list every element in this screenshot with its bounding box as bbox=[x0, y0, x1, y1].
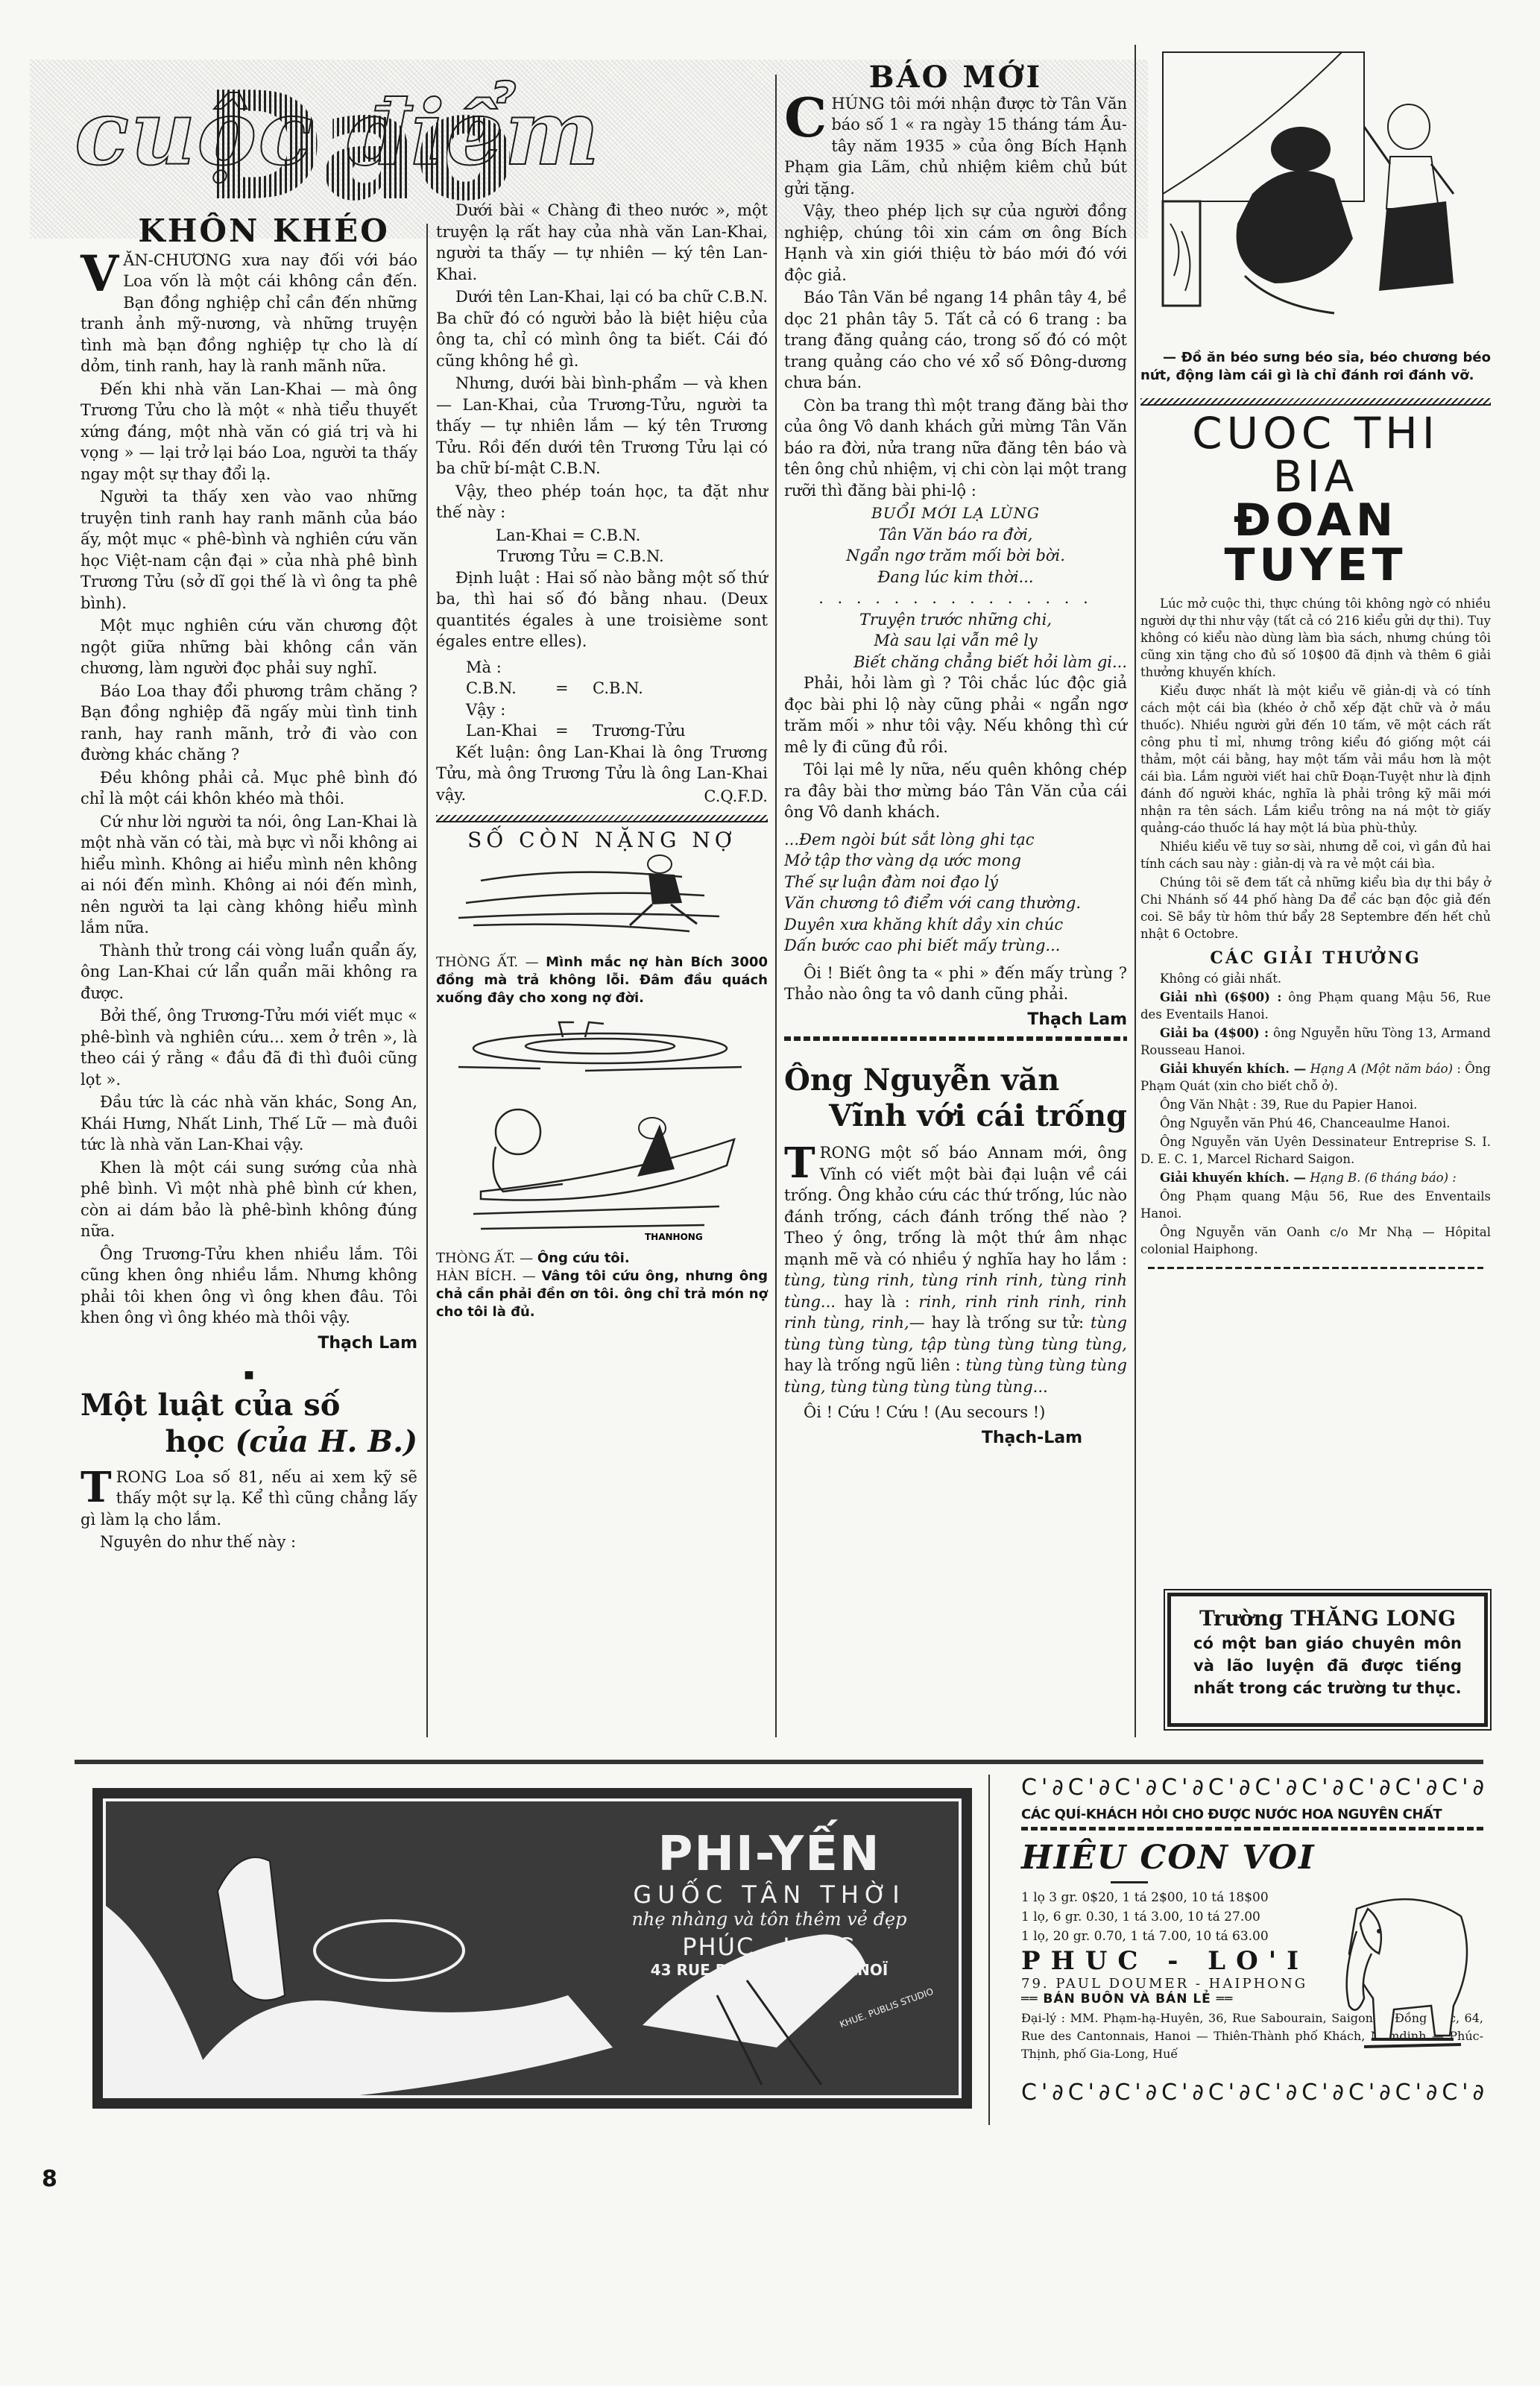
poem-line: Đang lúc kim thời... bbox=[784, 567, 1127, 588]
prize-winner: Ông Phạm quang Mậu 56, Rue des Enventail… bbox=[1140, 1188, 1491, 1222]
contest-title-line1: CUOC THI BIA bbox=[1140, 412, 1491, 498]
ma-label: Mà : bbox=[436, 657, 768, 679]
cartoon-so-con-title: SỐ CÒN NẶNG NỢ bbox=[436, 830, 768, 852]
middle-paragraph: Dưới bài « Chàng đi theo nước », một tru… bbox=[436, 200, 768, 285]
contest-paragraph: Kiểu được nhất là một kiểu vẽ giản-dị và… bbox=[1140, 682, 1491, 837]
poem-line: Mà sau lại vẫn mê ly bbox=[784, 630, 1127, 652]
mot-luat-lead: TRONG Loa số 81, nếu ai xem kỹ sẽ thấy m… bbox=[81, 1467, 417, 1531]
dropcap-c: C bbox=[784, 96, 827, 139]
dropcap-t: T bbox=[784, 1145, 815, 1181]
khon-kheo-paragraph: Bởi thế, ông Trương-Tửu mới viết mục « p… bbox=[81, 1005, 417, 1090]
khon-kheo-paragraph: Thành thử trong cái vòng luẩn quẩn ấy, ô… bbox=[81, 940, 417, 1004]
poem-line: Tân Văn báo ra đời, bbox=[784, 524, 1127, 546]
section-divider bbox=[784, 1036, 1127, 1041]
bao-moi-lead: CHÚNG tôi mới nhận được tờ Tân Văn báo s… bbox=[784, 93, 1127, 200]
middle-paragraph: Nhưng, dưới bài bình-phẩm — và khen — La… bbox=[436, 373, 768, 479]
cartoon-mother-daughter bbox=[1140, 45, 1491, 343]
prizes-title: CÁC GIẢI THƯỞNG bbox=[1140, 950, 1491, 967]
khon-kheo-signature: Thạch Lam bbox=[81, 1333, 417, 1355]
bao-moi-paragraph: Phải, hỏi làm gì ? Tôi chắc lúc độc giả … bbox=[784, 673, 1127, 758]
phi-yen-tagline: nhẹ nhàng và tôn thêm vẻ đẹp bbox=[613, 1909, 926, 1930]
section-divider bbox=[1140, 398, 1491, 406]
contest-title-line2: ĐOAN TUYET bbox=[1140, 498, 1491, 588]
column-divider bbox=[988, 1775, 990, 2125]
section-divider bbox=[436, 815, 768, 822]
poem-line: Truyện trước những chi, bbox=[784, 609, 1127, 631]
cartoon-panel-walking-man bbox=[436, 851, 768, 940]
equation-2: Trương Tửu = C.B.N. bbox=[436, 546, 768, 567]
bao-moi-signature: Thạch Lam bbox=[784, 1010, 1127, 1031]
khon-kheo-paragraph: Đầu tức là các nhà văn khác, Song An, Kh… bbox=[81, 1092, 417, 1156]
poem-line: Duyên xưa khăng khít dầy xin chúc bbox=[784, 914, 1127, 936]
cartoon-panel-rescue-boat: THANHONG bbox=[436, 1095, 768, 1244]
second-prize: Giải nhì (6$00) : ông Phạm quang Mậu 56,… bbox=[1140, 989, 1491, 1023]
elephant-perfume-ad: C'∂C'∂C'∂C'∂C'∂C'∂C'∂C'∂C'∂C'∂C'∂C'∂C CÁ… bbox=[1021, 1775, 1483, 2132]
khon-kheo-title: KHÔN KHÉO bbox=[110, 221, 417, 242]
trong-closing: Ôi ! Cứu ! Cứu ! (Au secours !) bbox=[784, 1402, 1127, 1423]
phi-yen-text: PHI-YẾN GUỐC TÂN THỜI nhẹ nhàng và tôn t… bbox=[613, 1828, 926, 1979]
khon-kheo-paragraph: Một mục nghiên cứu văn chương đột ngột g… bbox=[81, 615, 417, 679]
prize-winner: Ông Nguyễn văn Oanh c/o Mr Nhạ — Hôpital… bbox=[1140, 1224, 1491, 1258]
poem-title: BUỔI MỚI LẠ LÙNG bbox=[784, 503, 1127, 524]
cartoon-panel-drowning-feet bbox=[436, 1007, 768, 1089]
caption-thong-at-1: THÒNG ẤT. — Mình mắc nợ hàn Bích 3000 đồ… bbox=[436, 954, 768, 1007]
masthead: Dao cuộc điểm bbox=[67, 66, 775, 207]
vay-label: Vậy : bbox=[436, 699, 768, 721]
khon-kheo-paragraph: Người ta thấy xen vào vao những truyện t… bbox=[81, 486, 417, 614]
section-bullet: ■ bbox=[81, 1364, 417, 1386]
mot-luat-title-line2: học (của H. B.) bbox=[81, 1423, 417, 1461]
prize-winner: Ông Nguyễn văn Uyên Dessinateur Entrepri… bbox=[1140, 1133, 1491, 1168]
khon-kheo-paragraph: Khen là một cái sung sướng của nhà phê b… bbox=[81, 1157, 417, 1242]
poem-line: Thế sự luận đàm noi đạo lý bbox=[784, 872, 1127, 893]
bao-moi-paragraph: Còn ba trang thì một trang đăng bài thơ … bbox=[784, 395, 1127, 502]
equation-1: Lan-Khai = C.B.N. bbox=[436, 525, 768, 547]
elephant-illustration bbox=[1327, 1886, 1483, 2058]
column-3: BÁO MỚI CHÚNG tôi mới nhận được tờ Tân V… bbox=[784, 67, 1127, 1449]
poem-line: Ngẩn ngơ trăm mối bời bời. bbox=[784, 545, 1127, 567]
cartoon-right-caption: — Đồ ăn béo sưng béo sỉa, béo chương béo… bbox=[1140, 349, 1491, 385]
ornament-border-top: C'∂C'∂C'∂C'∂C'∂C'∂C'∂C'∂C'∂C'∂C'∂C'∂C bbox=[1021, 1775, 1483, 1801]
column-2: Dưới bài « Chàng đi theo nước », một tru… bbox=[436, 200, 768, 1321]
ornament-border-bottom: C'∂C'∂C'∂C'∂C'∂C'∂C'∂C'∂C'∂C'∂C'∂C'∂C bbox=[1021, 2080, 1483, 2106]
contest-body: Lúc mở cuộc thi, thực chúng tôi không ng… bbox=[1140, 595, 1491, 1258]
poem-line: Biết chăng chẳng biết hỏi làm gi... bbox=[784, 652, 1127, 673]
encouragement-prize-b: Giải khuyến khích. — Hạng B. (6 tháng bá… bbox=[1140, 1169, 1491, 1186]
khon-kheo-lead: VĂN-CHƯƠNG xưa nay đối với báo Loa vốn l… bbox=[81, 250, 417, 377]
bao-moi-paragraph: Vậy, theo phép lịch sự của người đồng ng… bbox=[784, 201, 1127, 286]
equation-3: C.B.N. = C.B.N. bbox=[436, 678, 768, 699]
qed: C.Q.F.D. bbox=[436, 786, 768, 808]
elephant-ad-brand: HIÊU CON VOI bbox=[1021, 1838, 1483, 1878]
phi-yen-shop: PHÚC - LONG bbox=[613, 1933, 926, 1961]
bao-moi-paragraph: Tôi lại mê ly nữa, nếu quên không chép r… bbox=[784, 759, 1127, 823]
cartoon-artist: THANHONG bbox=[645, 1232, 703, 1242]
section-divider bbox=[1148, 1267, 1483, 1269]
prize-winner: Ông Nguyễn văn Phú 46, Chanceaulme Hanoi… bbox=[1140, 1115, 1491, 1132]
phi-yen-brand: PHI-YẾN bbox=[613, 1828, 926, 1880]
ad-section-rule bbox=[75, 1760, 1483, 1764]
encouragement-prize-a: Giải khuyến khích. — Hạng A (Một năm báo… bbox=[1140, 1060, 1491, 1095]
phi-yen-ad-frame: PHI-YẾN GUỐC TÂN THỜI nhẹ nhàng và tôn t… bbox=[103, 1798, 962, 2098]
khon-kheo-paragraph: Đến khi nhà văn Lan-Khai — mà ông Trương… bbox=[81, 379, 417, 485]
bao-moi-title: BÁO MỚI bbox=[784, 67, 1127, 89]
ornament-rule bbox=[1021, 1827, 1483, 1831]
third-prize: Giải ba (4$00) : ông Nguyễn hữu Tòng 13,… bbox=[1140, 1024, 1491, 1059]
mot-luat-paragraph: Nguyên do như thế này : bbox=[81, 1532, 417, 1553]
trong-signature: Thạch-Lam bbox=[784, 1428, 1082, 1449]
contest-paragraph: Lúc mở cuộc thi, thực chúng tôi không ng… bbox=[1140, 595, 1491, 681]
page-number: 8 bbox=[42, 2166, 57, 2192]
elephant-ad-header: CÁC QUÍ-KHÁCH HỎI CHO ĐƯỢC NƯỚC HOA NGUY… bbox=[1021, 1807, 1483, 1822]
trong-title-line2: Vĩnh với cái trống bbox=[784, 1098, 1127, 1135]
poem-ellipsis: . . . . . . . . . . . . . . . bbox=[784, 588, 1127, 609]
no-first-prize: Không có giải nhất. bbox=[1140, 970, 1491, 987]
bao-moi-paragraph: Báo Tân Văn bề ngang 14 phân tây 4, bề d… bbox=[784, 287, 1127, 394]
dropcap-t: T bbox=[81, 1470, 112, 1505]
column-divider bbox=[1135, 45, 1136, 1737]
column-1: KHÔN KHÉO VĂN-CHƯƠNG xưa nay đối với báo… bbox=[81, 221, 417, 1555]
trong-body: TRONG một số báo Annam mới, ông Vĩnh có … bbox=[784, 1142, 1127, 1397]
school-ad-text: có một ban giáo chuyên môn và lão luyện … bbox=[1193, 1632, 1462, 1699]
column-divider bbox=[426, 224, 428, 1737]
law-paragraph: Định luật : Hai số nào bằng một số thứ b… bbox=[436, 567, 768, 652]
column-4: — Đồ ăn béo sưng béo sỉa, béo chương béo… bbox=[1140, 45, 1491, 1277]
mot-luat-title-line1: Một luật của số bbox=[81, 1388, 417, 1423]
caption-thong-at-2: THÒNG ẤT. — Ông cứu tôi. bbox=[436, 1250, 768, 1268]
school-ad-box: Trường THĂNG LONG có một ban giáo chuyên… bbox=[1167, 1593, 1488, 1727]
middle-paragraph: Vậy, theo phép toán học, ta đặt như thế … bbox=[436, 481, 768, 523]
school-ad-title: Trường THĂNG LONG bbox=[1193, 1605, 1462, 1632]
newspaper-page: Dao cuộc điểm KHÔN KHÉO VĂN-CHƯƠNG xưa n… bbox=[0, 0, 1540, 2386]
masthead-script-title: cuộc điểm bbox=[75, 81, 601, 186]
phi-yen-subtitle: GUỐC TÂN THỜI bbox=[613, 1880, 926, 1909]
trong-title-line1: Ông Nguyễn văn bbox=[784, 1063, 1127, 1098]
poem-line: ...Đem ngòi bút sắt lòng ghi tạc bbox=[784, 829, 1127, 851]
contest-paragraph: Chúng tôi sẽ đem tất cả những kiểu bìa d… bbox=[1140, 874, 1491, 942]
brand-underline bbox=[1111, 1881, 1148, 1883]
phi-yen-address: 43 RUE DES GRAINES HANOÏ bbox=[613, 1961, 926, 1979]
poem-line: Dấn bước cao phi biết mấy trùng... bbox=[784, 935, 1127, 957]
dropcap-v: V bbox=[81, 253, 119, 295]
khon-kheo-paragraph: Ông Trương-Tửu khen nhiều lắm. Tôi cũng … bbox=[81, 1244, 417, 1329]
prize-winner: Ông Văn Nhật : 39, Rue du Papier Hanoi. bbox=[1140, 1096, 1491, 1113]
poem-line: Mở tập thơ vàng dạ ước mong bbox=[784, 850, 1127, 872]
contest-paragraph: Nhiều kiểu vẽ tuy sơ sài, nhưng dễ coi, … bbox=[1140, 838, 1491, 872]
khon-kheo-paragraph: Báo Loa thay đổi phương trâm chăng ? Bạn… bbox=[81, 681, 417, 766]
middle-paragraph: Dưới tên Lan-Khai, lại có ba chữ C.B.N. … bbox=[436, 286, 768, 371]
equation-4: Lan-Khai = Trương-Tửu bbox=[436, 720, 768, 742]
khon-kheo-paragraph: Cứ như lời người ta nói, ông Lan-Khai là… bbox=[81, 811, 417, 939]
bao-moi-closing: Ôi ! Biết ông ta « phi » đến mấy trùng ?… bbox=[784, 963, 1127, 1005]
column-divider bbox=[775, 75, 777, 1737]
poem-line: Văn chương tô điểm với cang thường. bbox=[784, 893, 1127, 914]
phi-yen-ad: PHI-YẾN GUỐC TÂN THỜI nhẹ nhàng và tôn t… bbox=[92, 1788, 972, 2109]
khon-kheo-paragraph: Đều không phải cả. Mục phê bình đó chỉ l… bbox=[81, 767, 417, 810]
caption-han-bich: HÀN BÍCH. — Vâng tôi cứu ông, nhưng ông … bbox=[436, 1268, 768, 1321]
